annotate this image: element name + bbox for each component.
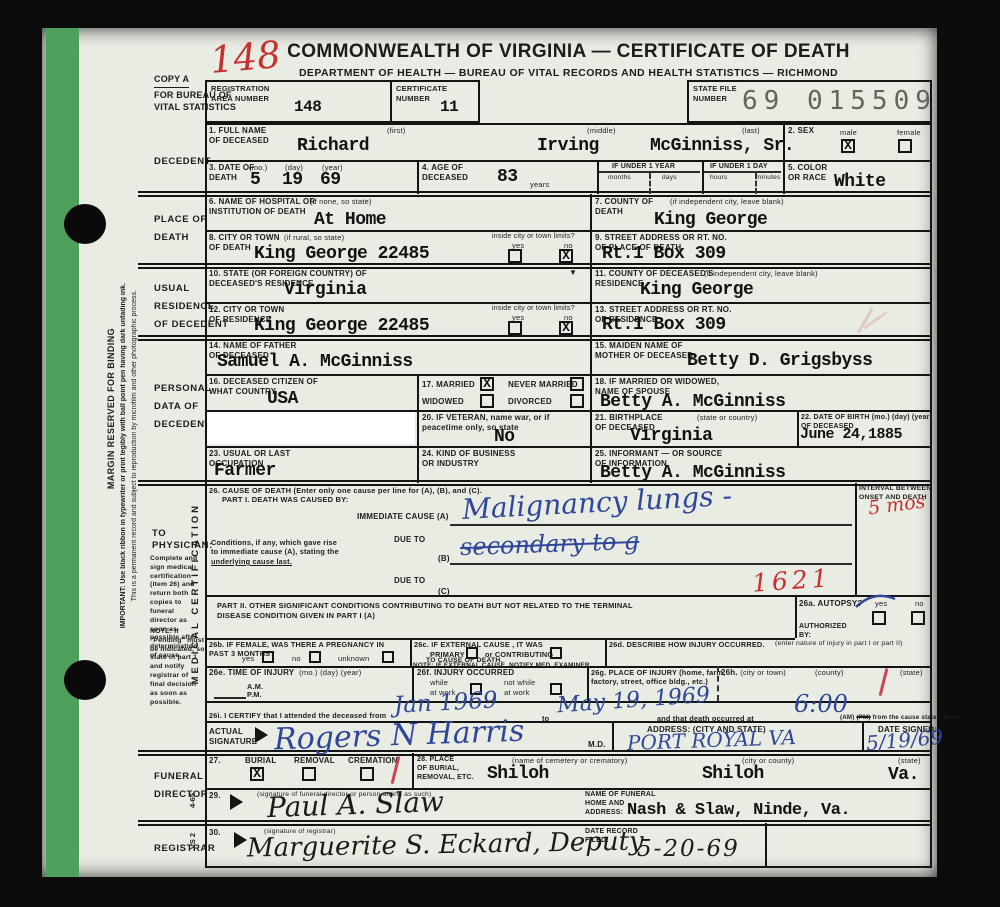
pregnancy-yes-label: yes (242, 654, 254, 664)
part2-label: PART II. OTHER SIGNIFICANT CONDITIONS CO… (217, 601, 633, 621)
field-age-label: 4. AGE OF DECEASED (422, 163, 468, 184)
hospital-hint: (if none, so state) (310, 197, 372, 207)
hospital-value: At Home (314, 210, 386, 230)
funeral-home-value: Nash & Slaw, Ninde, Va. (627, 801, 850, 820)
section-decedent: DECEDENT (154, 153, 211, 171)
father-value: Samuel A. McGinniss (217, 352, 413, 372)
middle-hint: (middle) (587, 126, 616, 136)
part1-label: PART I. DEATH WAS CAUSED BY: (222, 495, 348, 505)
pregnancy-unknown-label: unknown (338, 654, 369, 664)
certify-to-label: to (542, 714, 549, 723)
sex-male-checkbox: X (841, 139, 855, 153)
pm-label: P.M. (247, 690, 262, 699)
certificate-paper: MARGIN RESERVED FOR BINDING IMPORTANT: U… (42, 28, 937, 877)
last-hint: (last) (742, 126, 760, 136)
due-to-label-2: DUE TO (394, 576, 425, 586)
dob-value: June 24,1885 (800, 426, 902, 443)
spouse-value: Betty A. McGinniss (600, 392, 785, 412)
cremation-checkbox (360, 767, 374, 781)
pregnancy-no-label: no (292, 654, 301, 664)
injury-county-hint: (county) (815, 668, 844, 678)
funeral-signature-arrow-icon (230, 794, 243, 810)
actual-signature-label: ACTUAL SIGNATURE (209, 727, 257, 748)
md-label: M.D. (588, 740, 606, 750)
name-middle-value: Irving (537, 136, 599, 156)
margin-permanent-text: This is a permanent record and subject t… (131, 290, 138, 601)
state-residence-value: Virginia (284, 280, 366, 300)
registrar-signature-arrow-icon (234, 832, 247, 848)
due-to-label-1: DUE TO (394, 535, 425, 545)
name-last-value: McGinniss, Sr. (650, 136, 794, 156)
days-label: days (662, 174, 677, 183)
certify-suffix: (AM) (PM) from the cause stated above (840, 714, 962, 722)
green-binding-strip (46, 28, 79, 877)
county-death-hint: (if independent city, leave blank) (670, 197, 784, 207)
birthplace-hint: (state or country) (697, 413, 757, 423)
autopsy-label: 26a. AUTOPSY? (799, 599, 863, 609)
occupation-value: Farmer (214, 461, 276, 481)
attended-from-handwriting: Jan 1969 (393, 687, 498, 718)
down-triangle-mark: ▼ (569, 268, 577, 278)
funeral-director-signature: Paul A. Slaw (266, 785, 444, 824)
field-veteran-label: 20. IF VETERAN, name war, or if peacetim… (422, 413, 550, 434)
never-married-label: NEVER MARRIED (508, 380, 578, 390)
injury-description-hint: (enter nature of injury in part I or par… (775, 640, 903, 649)
field-hospital-label: 6. NAME OF HOSPITAL OR INSTITUTION OF DE… (209, 197, 315, 218)
burial-checkbox: X (250, 767, 264, 781)
punch-hole-bottom (64, 660, 106, 700)
removal-label: REMOVAL (294, 756, 335, 766)
citizen-value: USA (267, 389, 298, 409)
under-1-day-label: IF UNDER 1 DAY (710, 162, 768, 171)
certificate-subtitle: DEPARTMENT OF HEALTH — BUREAU OF VITAL R… (205, 67, 932, 79)
limits-no-checkbox-2: X (559, 321, 573, 335)
sex-female-checkbox (898, 139, 912, 153)
contributing-checkbox (550, 647, 562, 659)
under-1-year-label: IF UNDER 1 YEAR (612, 162, 675, 171)
death-day-value: 19 (282, 170, 303, 190)
date-filed-label: DATE RECORD FILED: (585, 827, 638, 845)
cemetery-value: Shiloh (487, 764, 549, 784)
burial-row-number: 27. (209, 756, 221, 766)
margin-binding-text: MARGIN RESERVED FOR BINDING (106, 328, 116, 489)
time-of-injury-label: 26e. TIME OF INJURY (mo.) (day) (year) (209, 668, 361, 678)
birthplace-value: Virginia (630, 426, 712, 446)
limits-no-checkbox-1: X (559, 249, 573, 263)
place-of-burial-label: 28. PLACE OF BURIAL, REMOVAL, ETC. (417, 755, 474, 782)
street-residence-value: Rt.1 Box 309 (602, 315, 726, 335)
widowed-label: WIDOWED (422, 397, 464, 407)
county-residence-hint: (if independent city, leave blank) (704, 269, 818, 279)
city-residence-value: King George 22485 (254, 316, 429, 336)
field-color-race-label: 5. COLOR OR RACE (788, 163, 827, 184)
funeral-row-number: 29. (209, 791, 221, 801)
handwritten-red-148: 148 (208, 33, 282, 82)
field-county-death-label: 7. COUNTY OF DEATH (595, 197, 653, 218)
pregnancy-unknown-checkbox (382, 651, 394, 663)
certificate-title: COMMONWEALTH OF VIRGINIA — CERTIFICATE O… (205, 41, 932, 63)
limits-question-1: inside city or town limits? (492, 232, 575, 241)
never-married-checkbox (570, 377, 584, 391)
county-residence-value: King George (640, 280, 753, 300)
section-personal-data: PERSONAL DATA OF DECEDENT (154, 380, 212, 434)
death-year-value: 69 (320, 170, 341, 190)
injury-state-hint: (state) (900, 668, 923, 678)
photo-background: { "colors":{"paper":"#e9ece3","green_str… (0, 0, 1000, 907)
red-code-handwriting: 1621 (751, 563, 832, 597)
authorized-by-label: AUTHORIZED BY: (799, 622, 847, 640)
city-death-hint: (if rural, so state) (284, 233, 344, 243)
married-checkbox: X (480, 377, 494, 391)
certify-mid-label: and that death occurred at (657, 714, 754, 723)
field-date-of-death-label: 3. DATE OF DEATH (209, 163, 254, 184)
registration-area-value: 148 (294, 98, 321, 116)
name-first-value: Richard (297, 136, 369, 156)
autopsy-no-label: no (915, 599, 924, 609)
limits-yes-checkbox-1 (508, 249, 522, 263)
autopsy-no-checkbox (911, 611, 925, 625)
injury-description-label: 26d. DESCRIBE HOW INJURY OCCURRED. (609, 640, 765, 649)
line-b-label: (B) (438, 554, 450, 564)
to-physician-title: TO PHYSICIAN: (152, 528, 213, 552)
county-death-value: King George (654, 210, 767, 230)
limits-yes-checkbox-2 (508, 321, 522, 335)
mother-value: Betty D. Grigsbyss (687, 351, 872, 371)
divorced-checkbox (570, 394, 584, 408)
divorced-label: DIVORCED (508, 397, 552, 407)
death-month-value: 5 (250, 170, 260, 190)
burial-label: BURIAL (245, 756, 276, 766)
age-value: 83 (497, 167, 518, 187)
certificate-number-value: 11 (440, 98, 458, 116)
margin-important-text: IMPORTANT: Use black ribbon in typewrite… (120, 283, 127, 628)
date-filed-handwriting: 5-20-69 (637, 836, 740, 862)
age-years-label: years (530, 180, 549, 190)
marital-married-label: 17. MARRIED (422, 380, 475, 390)
cremation-label: CREMATION (348, 756, 398, 766)
limits-question-2: inside city or town limits? (492, 304, 575, 313)
field-citizen-label: 16. DECEASED CITIZEN OF WHAT COUNTRY (209, 377, 318, 398)
first-hint: (first) (387, 126, 405, 136)
street-death-value: Rt.1 Box 309 (602, 244, 726, 264)
color-race-value: White (834, 172, 886, 192)
field-full-name-label: 1. FULL NAME OF DECEASED (209, 126, 269, 147)
state-file-label: STATE FILE NUMBER (693, 84, 737, 104)
injury-city-label: 26h. (city or town) (721, 668, 786, 678)
months-label: months (608, 174, 631, 183)
section-medical-certification: MEDICAL CERTIFICATION (190, 503, 201, 684)
removal-checkbox (302, 767, 316, 781)
field-business-label: 24. KIND OF BUSINESS OR INDUSTRY (422, 449, 515, 470)
field-mother-label: 15. MAIDEN NAME OF MOTHER OF DECEASED (595, 341, 693, 362)
state-file-value: 69 015509 (742, 86, 937, 116)
line-c-label: (C) (438, 587, 450, 597)
conditions-label-underlined: underlying cause last. (211, 557, 292, 566)
section-funeral-director: FUNERAL DIRECTOR (154, 768, 208, 804)
signature-arrow-icon (255, 727, 268, 743)
not-while-at-work-label: not while at work (504, 678, 535, 698)
field-sex-label: 2. SEX (788, 126, 814, 136)
immediate-cause-label: IMMEDIATE CAUSE (A) (357, 512, 449, 522)
sex-female-label: female (897, 128, 921, 138)
section-place-of-death: PLACE OF DEATH (154, 211, 207, 247)
punch-hole-top (64, 204, 106, 244)
city-death-value: King George 22485 (254, 244, 429, 264)
pregnancy-yes-checkbox (262, 651, 274, 663)
autopsy-yes-checkbox (872, 611, 886, 625)
widowed-checkbox (480, 394, 494, 408)
sex-male-label: male (840, 128, 857, 138)
copy-a-label: COPY A (154, 74, 189, 88)
hours-label: hours (710, 174, 728, 183)
burial-state-value: Va. (888, 765, 919, 785)
conditions-label: Conditions, if any, which gave rise to i… (211, 538, 339, 557)
registrar-row-number: 30. (209, 828, 221, 838)
external-cause-label: 26c. IF EXTERNAL CAUSE , IT WAS (414, 640, 543, 649)
burial-city-value: Shiloh (702, 764, 764, 784)
injury-occurred-label: 26f. INJURY OCCURRED (417, 668, 514, 678)
pregnancy-no-checkbox (309, 651, 321, 663)
autopsy-yes-ink-mark (854, 590, 898, 610)
registration-area-label: REGISTRATION AREA NUMBER (211, 84, 270, 104)
redaction-white-box (207, 412, 415, 444)
veteran-value: No (494, 427, 515, 447)
minutes-label: minutes (756, 174, 781, 183)
